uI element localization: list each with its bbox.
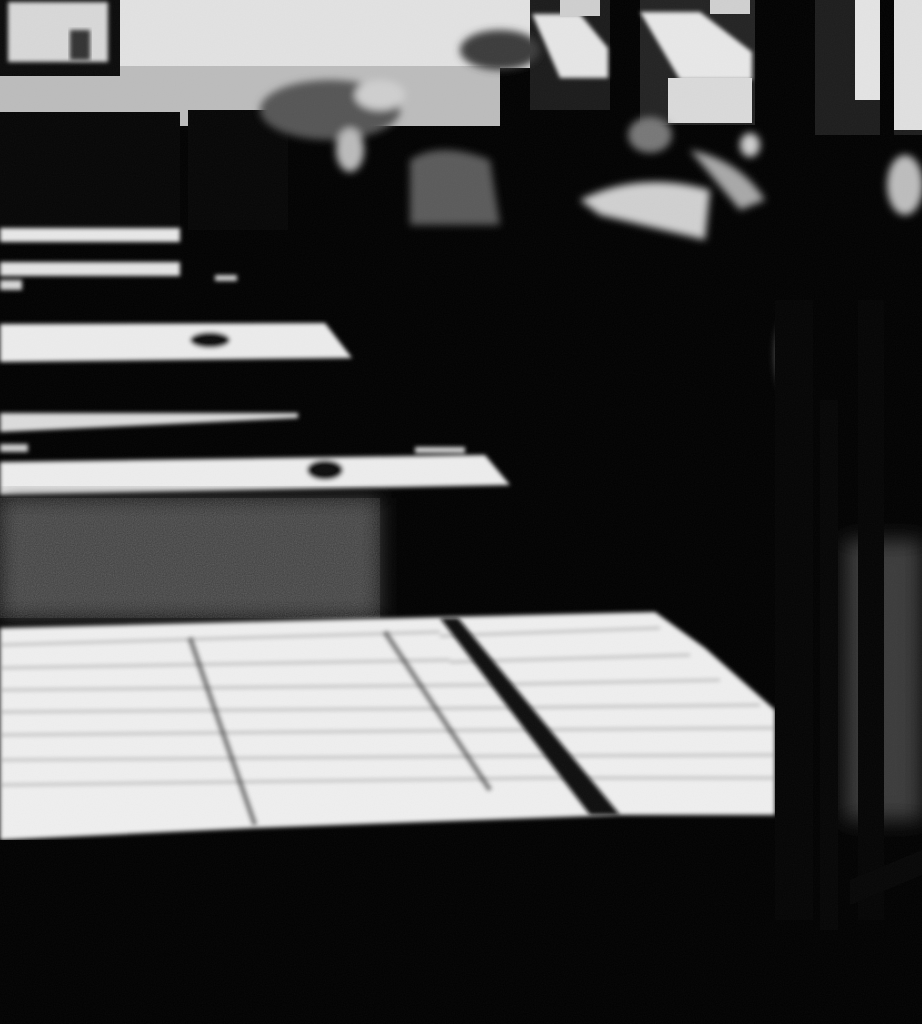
film-grain [0, 0, 922, 1024]
photograph [0, 0, 922, 1024]
